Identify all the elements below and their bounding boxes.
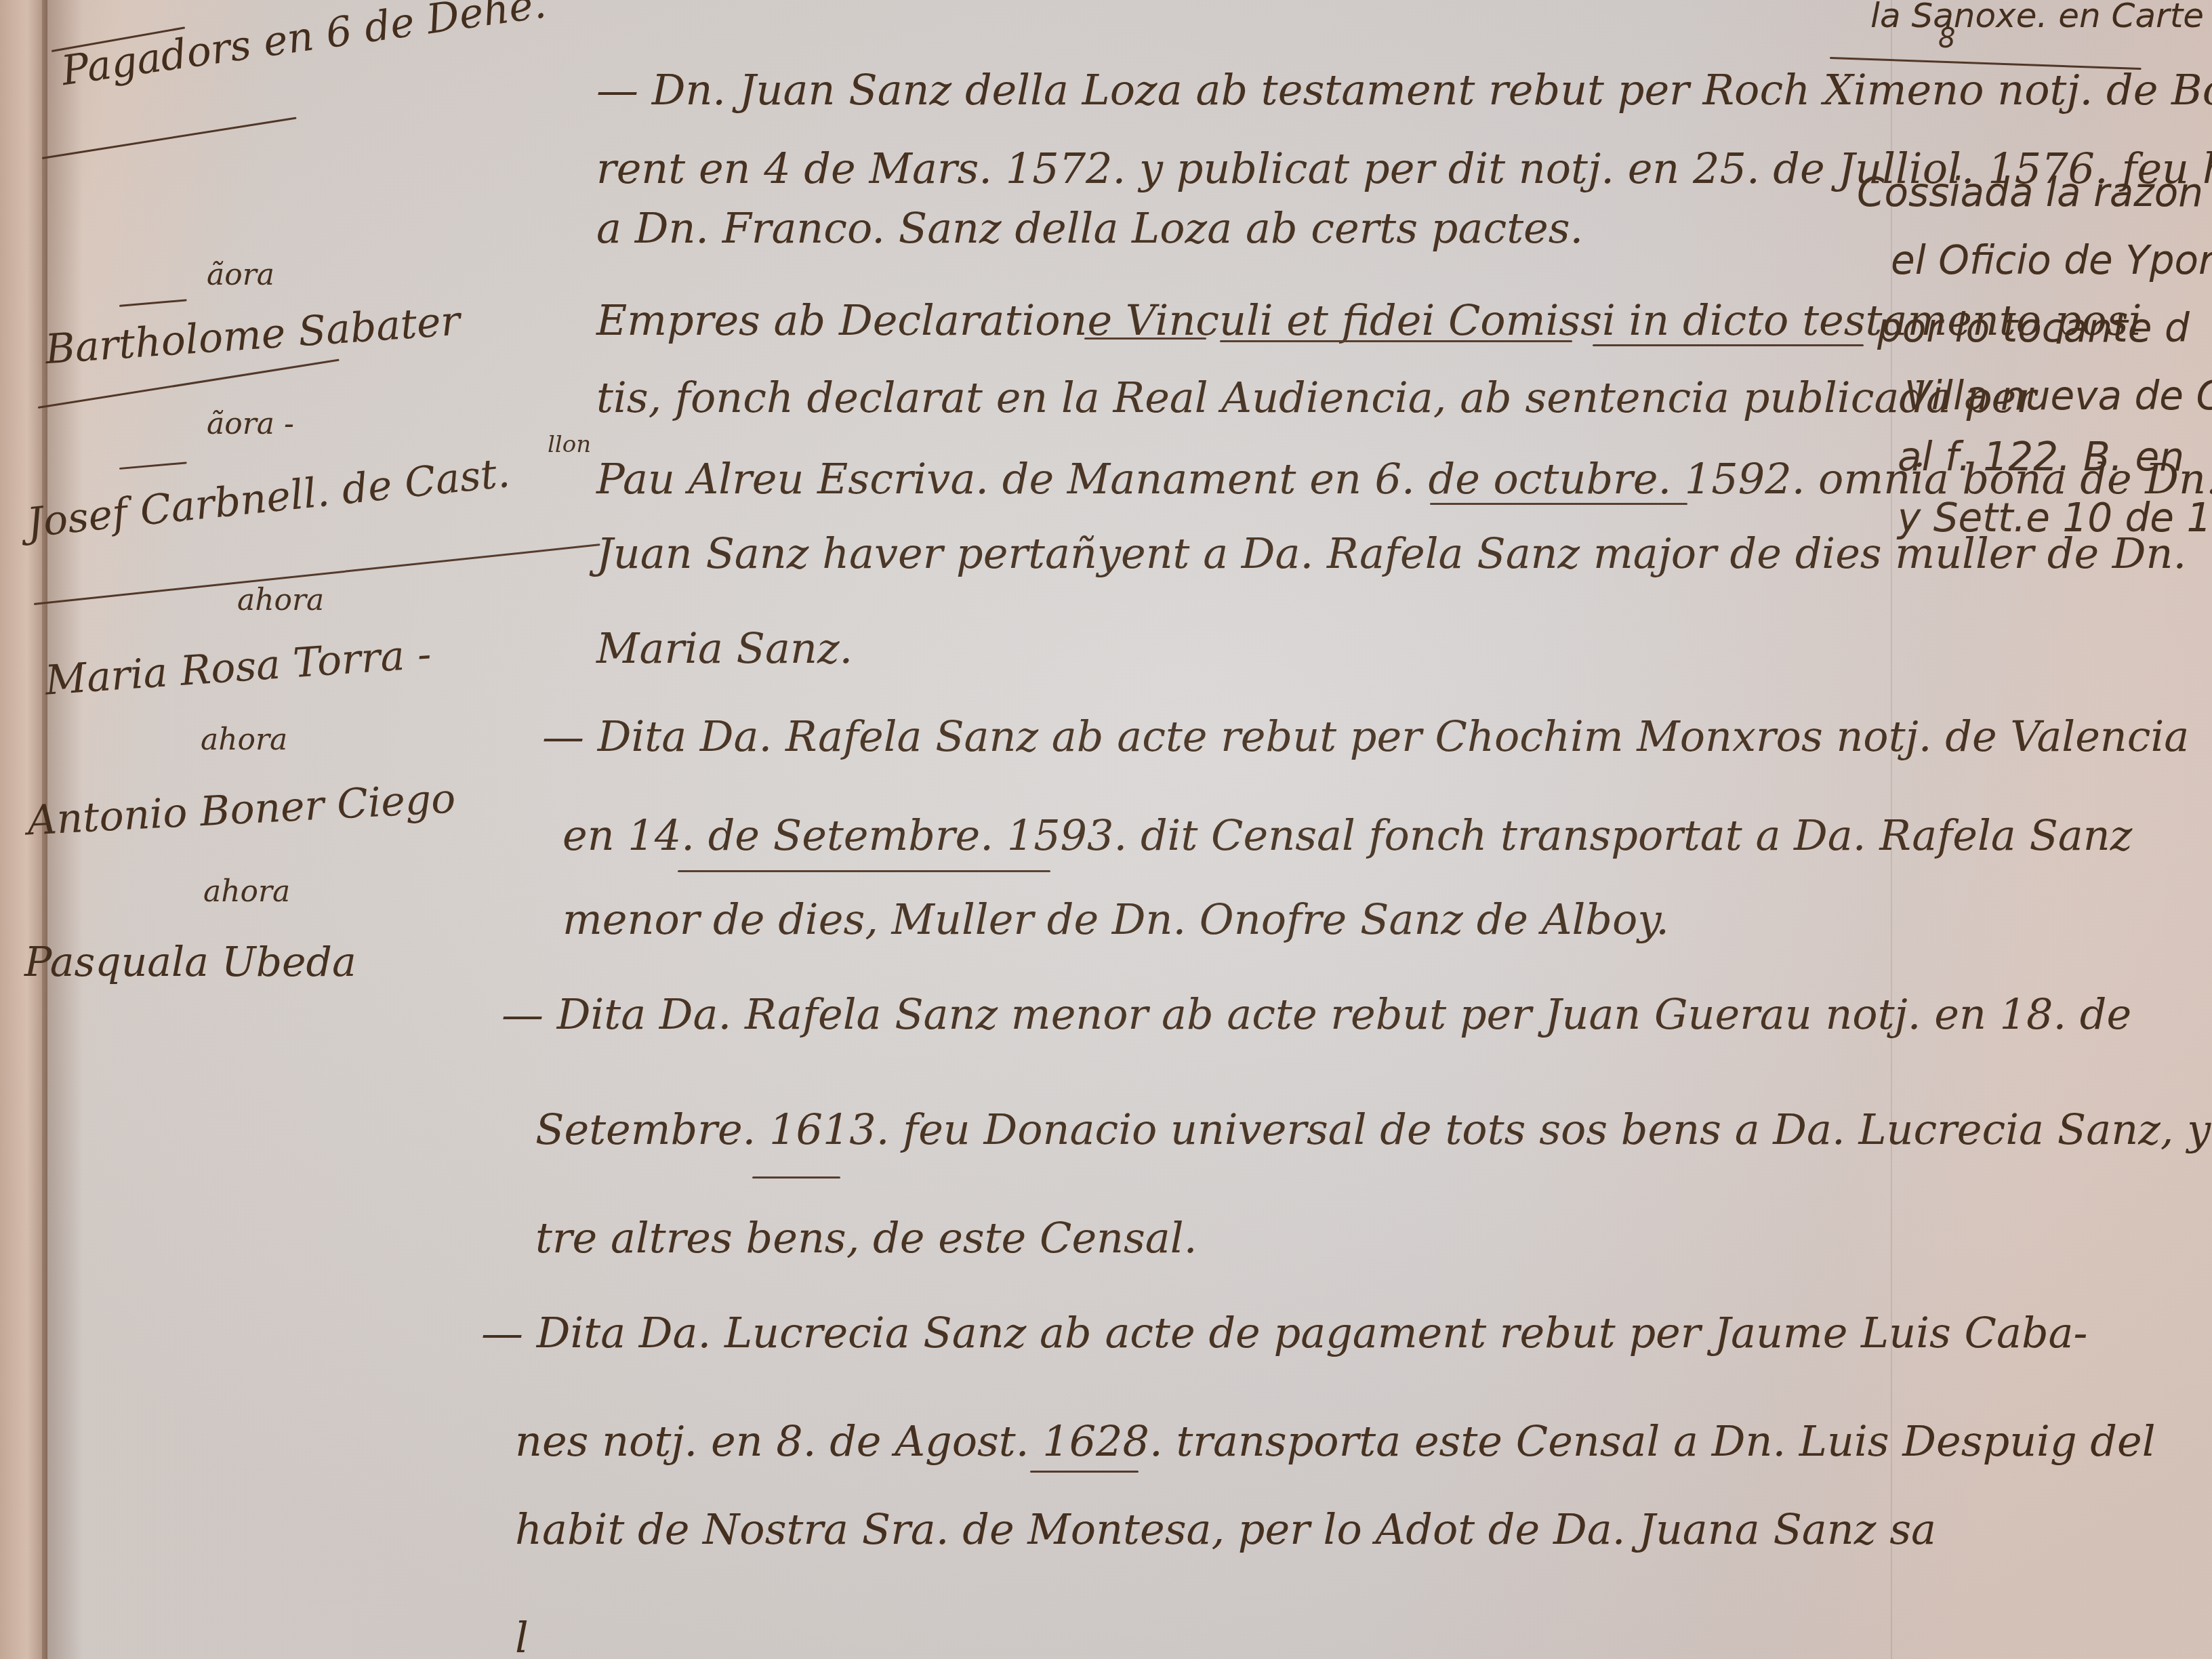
right-note-line-4: Villa nueva de C [1904, 373, 2212, 419]
margin-name-maria-rosa: Maria Rosa Torra - [43, 630, 432, 705]
underline-1613 [752, 1176, 840, 1179]
text-line-13: Setembre. 1613. feu Donacio universal de… [535, 1105, 2212, 1154]
right-note-line-2: el Oficio de Ypor [1891, 237, 2212, 283]
text-line-16: nes notj. en 8. de Agost. 1628. transpor… [515, 1416, 2156, 1466]
text-line-14: tre altres bens, de este Censal. [535, 1213, 1197, 1263]
top-heading-fragment: la Sanoxe. en Carte [1870, 0, 2204, 35]
margin-name-josef-suffix: llon [548, 431, 591, 458]
underline-testamento [1593, 344, 1864, 346]
right-note-line-5: al f. 122. B. en [1898, 434, 2184, 480]
margin-name-bartholome: Bartholome Sabater [43, 298, 462, 374]
margin-name-antonio: Antonio Boner Ciego [26, 775, 457, 844]
text-line-15: — Dita Da. Lucrecia Sanz ab acte de paga… [481, 1308, 2088, 1357]
margin-label-ahora-3: ahora [237, 583, 324, 617]
text-line-18-fragment: l [515, 1613, 529, 1659]
text-line-10: en 14. de Setembre. 1593. dit Censal fon… [562, 811, 2132, 860]
text-line-17: habit de Nostra Sra. de Montesa, per lo … [515, 1504, 1936, 1554]
margin-label-rule-1 [119, 299, 187, 307]
right-note-line-6: y Sett.e 10 de 1 [1898, 495, 2211, 541]
margin-label-aora-1: ãora [207, 258, 274, 292]
underline-1593 [678, 870, 1050, 872]
top-heading-number-right: 8 [1938, 23, 1955, 54]
text-line-8: Maria Sanz. [596, 623, 853, 673]
text-line-9: — Dita Da. Rafela Sanz ab acte rebut per… [542, 712, 2189, 761]
margin-label-rule-2 [119, 462, 187, 470]
margin-label-aora-2: ãora - [207, 407, 294, 441]
pagadors-note: Pagadors en 6 de Dehe. [58, 0, 549, 95]
right-note-line-3: por lo tocante d [1877, 305, 2190, 351]
text-line-5: tis, fonch declarat en la Real Audiencia… [596, 373, 2036, 422]
underline-vinculi [1084, 337, 1206, 340]
text-line-3: a Dn. Franco. Sanz della Loza ab certs p… [596, 203, 1583, 253]
right-note-line-1: Cossiada la razon [1857, 169, 2203, 216]
underline-1592 [1430, 503, 1687, 505]
underline-comissi [1220, 340, 1572, 342]
margin-name-pasquala: Pasquala Ubeda [24, 939, 356, 986]
margin-label-ahora-4: ahora [201, 722, 287, 757]
margin-name-josef: Josef Carbnell. de Cast. [24, 449, 512, 547]
underline-1628 [1030, 1471, 1139, 1473]
margin-label-ahora-5: ahora [203, 874, 290, 909]
text-line-12: — Dita Da. Rafela Sanz menor ab acte reb… [501, 989, 2131, 1039]
text-line-1: — Dn. Juan Sanz della Loza ab testament … [596, 65, 2212, 115]
text-line-11: menor de dies, Muller de Dn. Onofre Sanz… [562, 895, 1669, 944]
